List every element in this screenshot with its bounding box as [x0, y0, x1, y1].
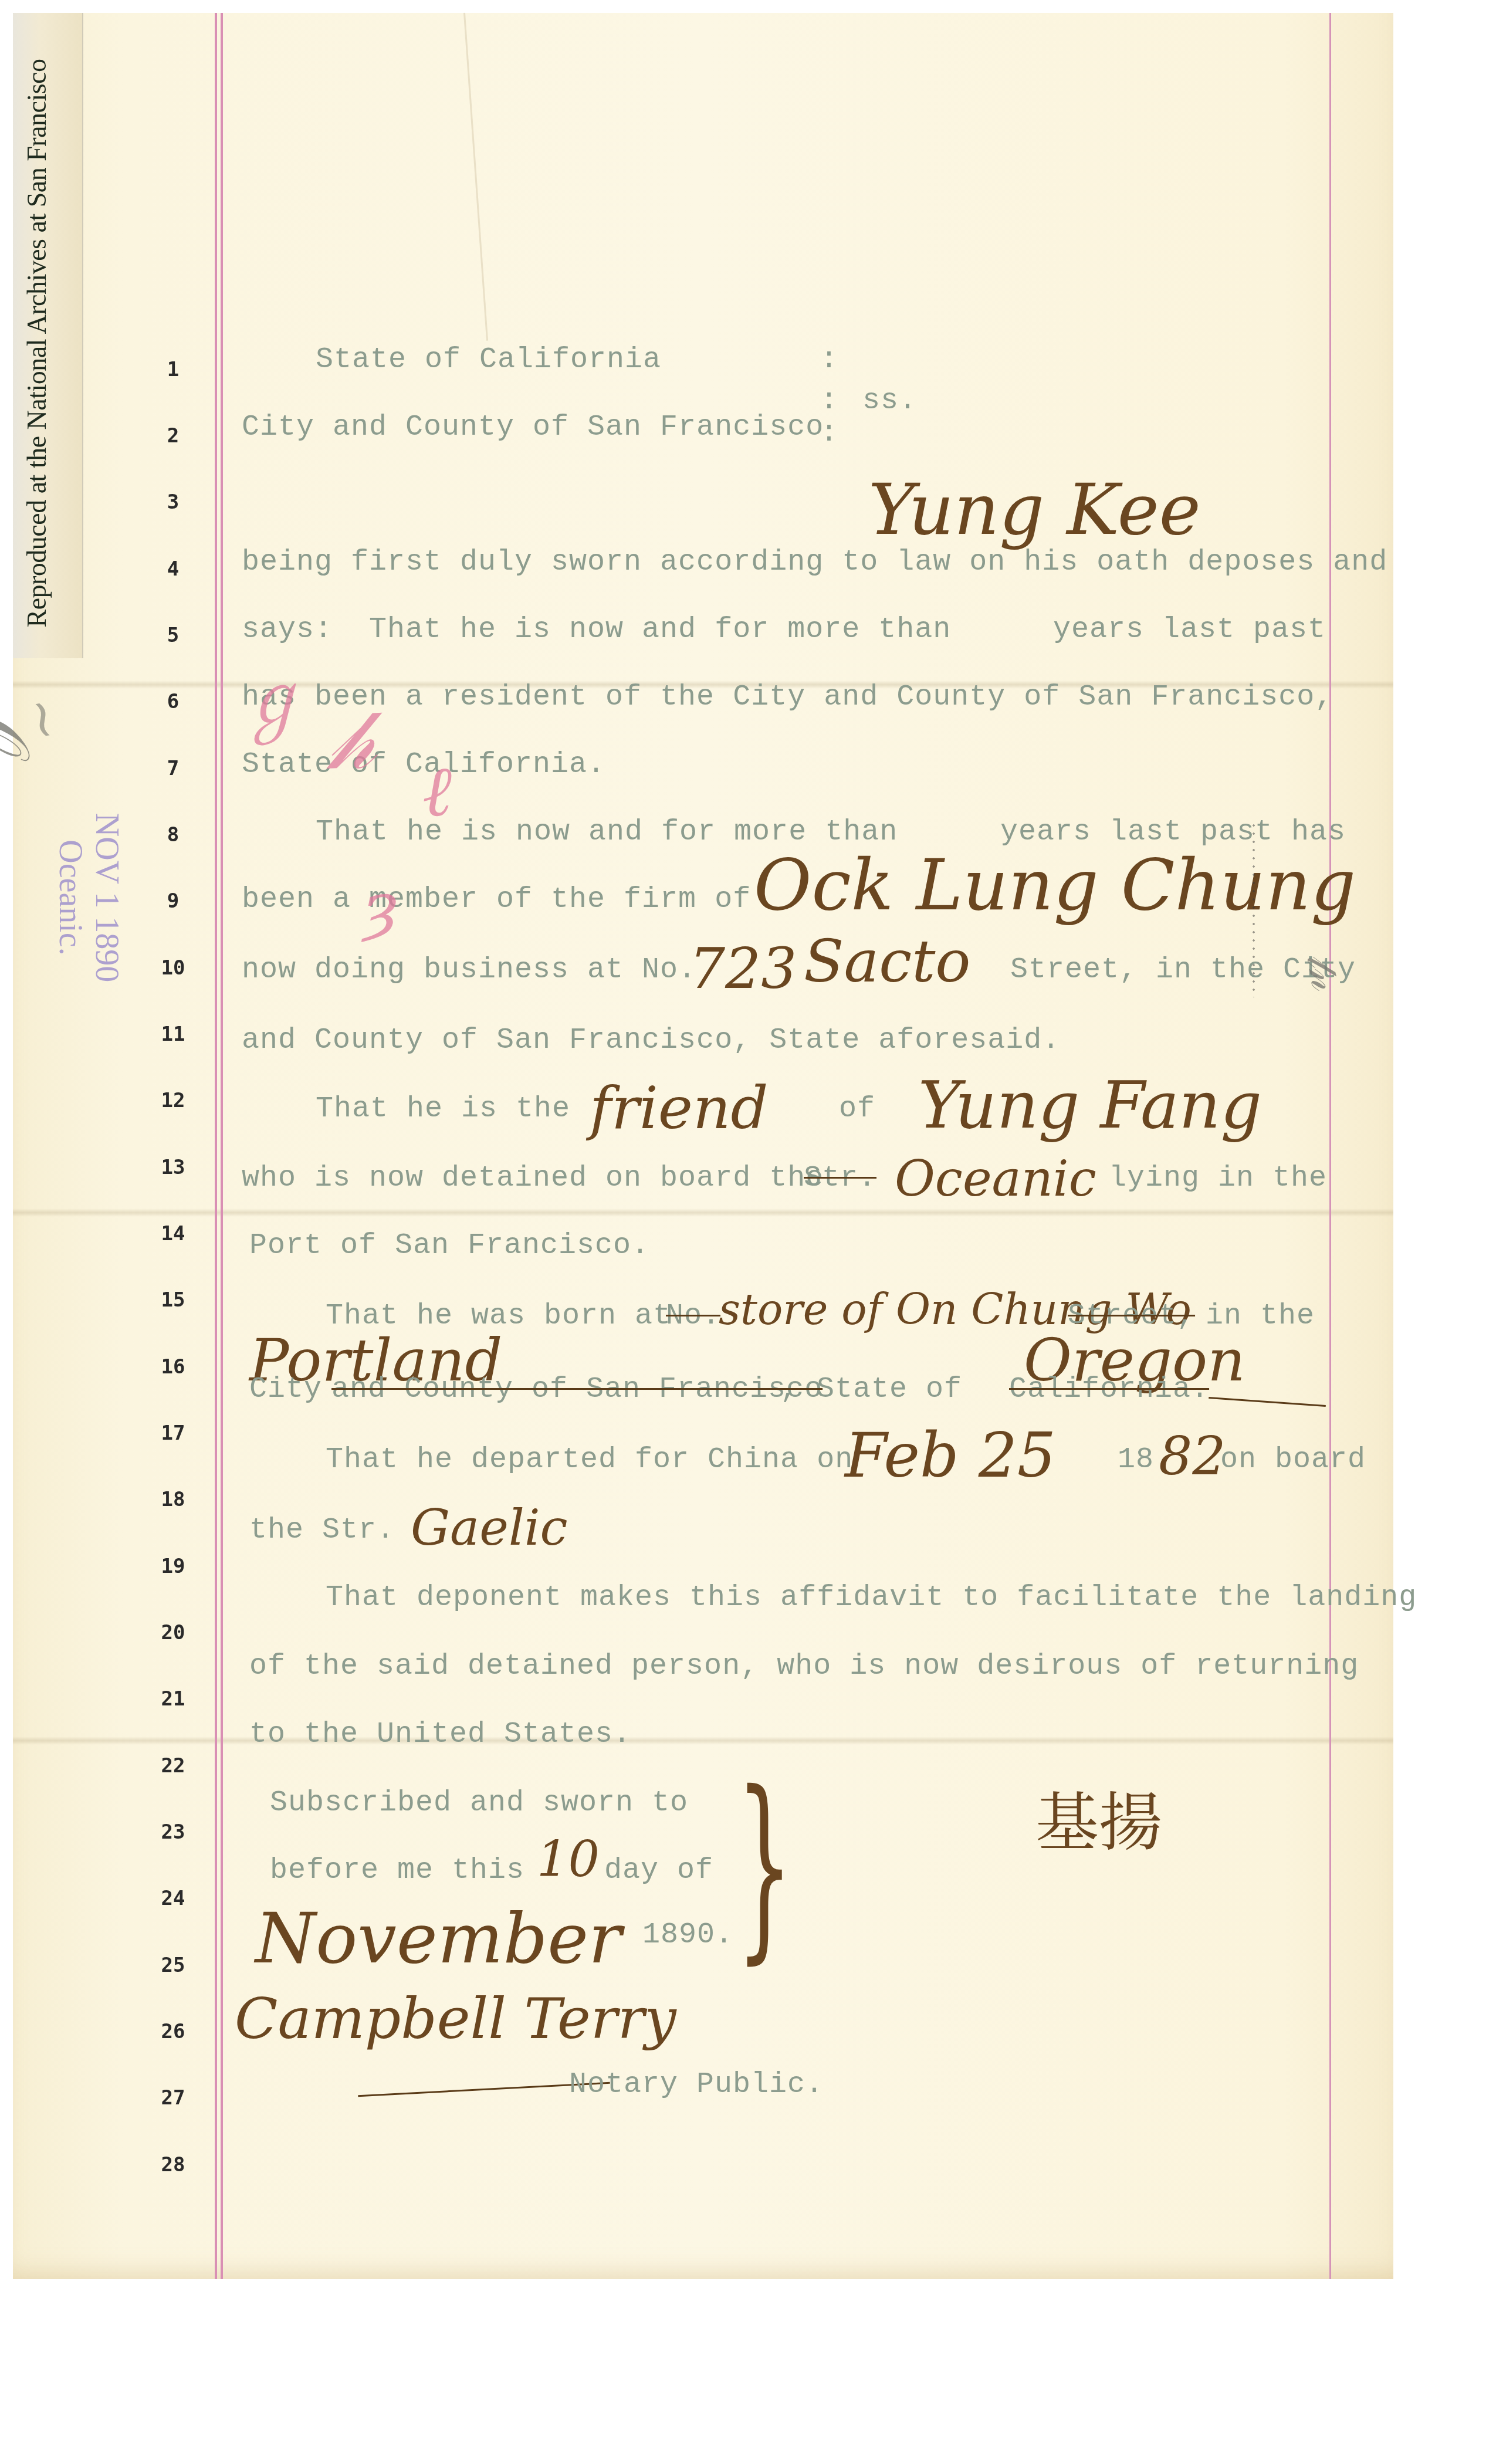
pink-annotation: ȝ [364, 868, 397, 943]
line-number: 9 [150, 889, 197, 913]
line-number: 14 [150, 1222, 197, 1245]
line-number: 8 [150, 823, 197, 847]
line-number: 20 [150, 1621, 197, 1644]
paper-fold [13, 1737, 1393, 1745]
struck-california: California. [1009, 1373, 1209, 1406]
jurat-line-2a: before me this [270, 1854, 524, 1887]
line-number: 28 [150, 2153, 197, 2177]
affidavit-line-8a: That he is now and for more than [316, 815, 898, 849]
line-number: 6 [150, 690, 197, 713]
line-number: 13 [150, 1156, 197, 1179]
venue-county: City and County of San Francisco [242, 411, 824, 444]
line-number: 2 [150, 424, 197, 448]
line-number: 10 [150, 956, 197, 980]
affidavit-line-16-city: City [249, 1373, 322, 1406]
affidavit-line-17b: on board [1220, 1443, 1366, 1477]
detained-name: Yung Fang [918, 1068, 1262, 1143]
affidavit-line-4: being first duly sworn according to law … [242, 546, 1387, 579]
line-number: 15 [150, 1288, 197, 1312]
affidavit-line-9: been a member of the firm of [242, 883, 751, 916]
jurat-month: November [255, 1898, 621, 1979]
affidavit-line-12b: of [839, 1092, 875, 1126]
line-number: 11 [150, 1023, 197, 1046]
line-number: 16 [150, 1355, 197, 1379]
struck-county: and County of San Francisco [331, 1373, 823, 1406]
affidavit-line-5a: says: That he is now and for more than [242, 613, 951, 647]
stamp-date: NOV 1 1890 [88, 813, 124, 982]
archive-label: Reproduced at the National Archives at S… [21, 59, 52, 627]
affidavit-line-5b: years last past [1053, 613, 1326, 647]
affidavit-line-19: That deponent makes this affidavit to fa… [326, 1581, 1417, 1615]
depart-date: Feb 25 [845, 1420, 1056, 1491]
pink-annotation: 𝒽 [329, 692, 376, 788]
notary-signature: Campbell Terry [235, 1986, 676, 2052]
struck-no: No. [666, 1299, 720, 1333]
line-number: 12 [150, 1089, 197, 1112]
venue-colon: : [820, 343, 838, 377]
line-number: 25 [150, 1954, 197, 1977]
affidavit-line-6: has been a resident of the City and Coun… [242, 681, 1333, 714]
perforated-stamp [1250, 821, 1258, 997]
venue-state: State of California [316, 343, 661, 377]
right-margin-rule [1329, 13, 1331, 2279]
jurat-day: 10 [537, 1830, 600, 1888]
affidavit-line-16-mid: , State of [780, 1373, 962, 1406]
line-number: 17 [150, 1421, 197, 1445]
receipt-stamp: NOV 1 1890 Oceanic. [52, 813, 124, 982]
line-number: 26 [150, 2020, 197, 2043]
line-number: 22 [150, 1754, 197, 1778]
relationship: friend [590, 1074, 768, 1142]
line-number: 7 [150, 757, 197, 780]
depart-ship: Gaelic [411, 1499, 568, 1556]
pencil-annotation: 𝓁𝓃 [1298, 950, 1346, 993]
address-street: Sacto [804, 927, 971, 996]
line-number: 21 [150, 1687, 197, 1711]
depart-year: 82 [1159, 1426, 1226, 1487]
jurat-line-2b: day of [604, 1854, 713, 1887]
affidavit-line-11: and County of San Francisco, State afore… [242, 1024, 1060, 1057]
line-number: 19 [150, 1555, 197, 1578]
line-number: 1 [150, 358, 197, 381]
affidavit-line-12a: That he is the [316, 1092, 570, 1126]
jurat-line-1: Subscribed and sworn to [270, 1786, 688, 1820]
chinese-signature: 基揚 [1035, 1772, 1162, 1863]
pink-annotation: ℓ [422, 751, 452, 832]
venue-ss: ss. [862, 384, 917, 418]
line-number: 18 [150, 1488, 197, 1511]
line-number: 4 [150, 557, 197, 581]
line-number: 3 [150, 490, 197, 514]
affidavit-line-13a: who is now detained on board the [242, 1162, 824, 1195]
affidavit-line-10a: now doing business at No. [242, 953, 696, 987]
line-number: 23 [150, 1820, 197, 1844]
jurat-brace: } [736, 1766, 793, 1965]
deponent-name: Yung Kee [868, 469, 1201, 551]
left-margin-rule [215, 13, 217, 2279]
firm-name: Ock Lung Chung [754, 845, 1356, 926]
line-number: 24 [150, 1887, 197, 1910]
struck-str: Str. [804, 1162, 876, 1195]
paper-fold [13, 1209, 1393, 1217]
line-number: 27 [150, 2086, 197, 2110]
venue-colon: : [820, 417, 838, 450]
affidavit-line-21: to the United States. [249, 1718, 631, 1751]
affidavit-line-18: the Str. [249, 1514, 395, 1547]
affidavit-line-20: of the said detained person, who is now … [249, 1650, 1359, 1683]
left-margin-rule [221, 13, 223, 2279]
year-prefix: 18 [1118, 1443, 1154, 1477]
affidavit-line-8b: years last past has [1000, 815, 1346, 849]
address-number: 723 [689, 936, 797, 1001]
notary-title: Notary Public. [569, 2068, 824, 2101]
affidavit-line-17a: That he departed for China on [326, 1443, 853, 1477]
affidavit-line-13b: lying in the [1109, 1162, 1327, 1195]
line-number: 5 [150, 624, 197, 647]
stamp-ship: Oceanic. [52, 813, 88, 982]
ship-detained: Oceanic [895, 1150, 1096, 1207]
affidavit-line-14: Port of San Francisco. [249, 1229, 649, 1263]
jurat-year: 1890. [642, 1918, 733, 1952]
